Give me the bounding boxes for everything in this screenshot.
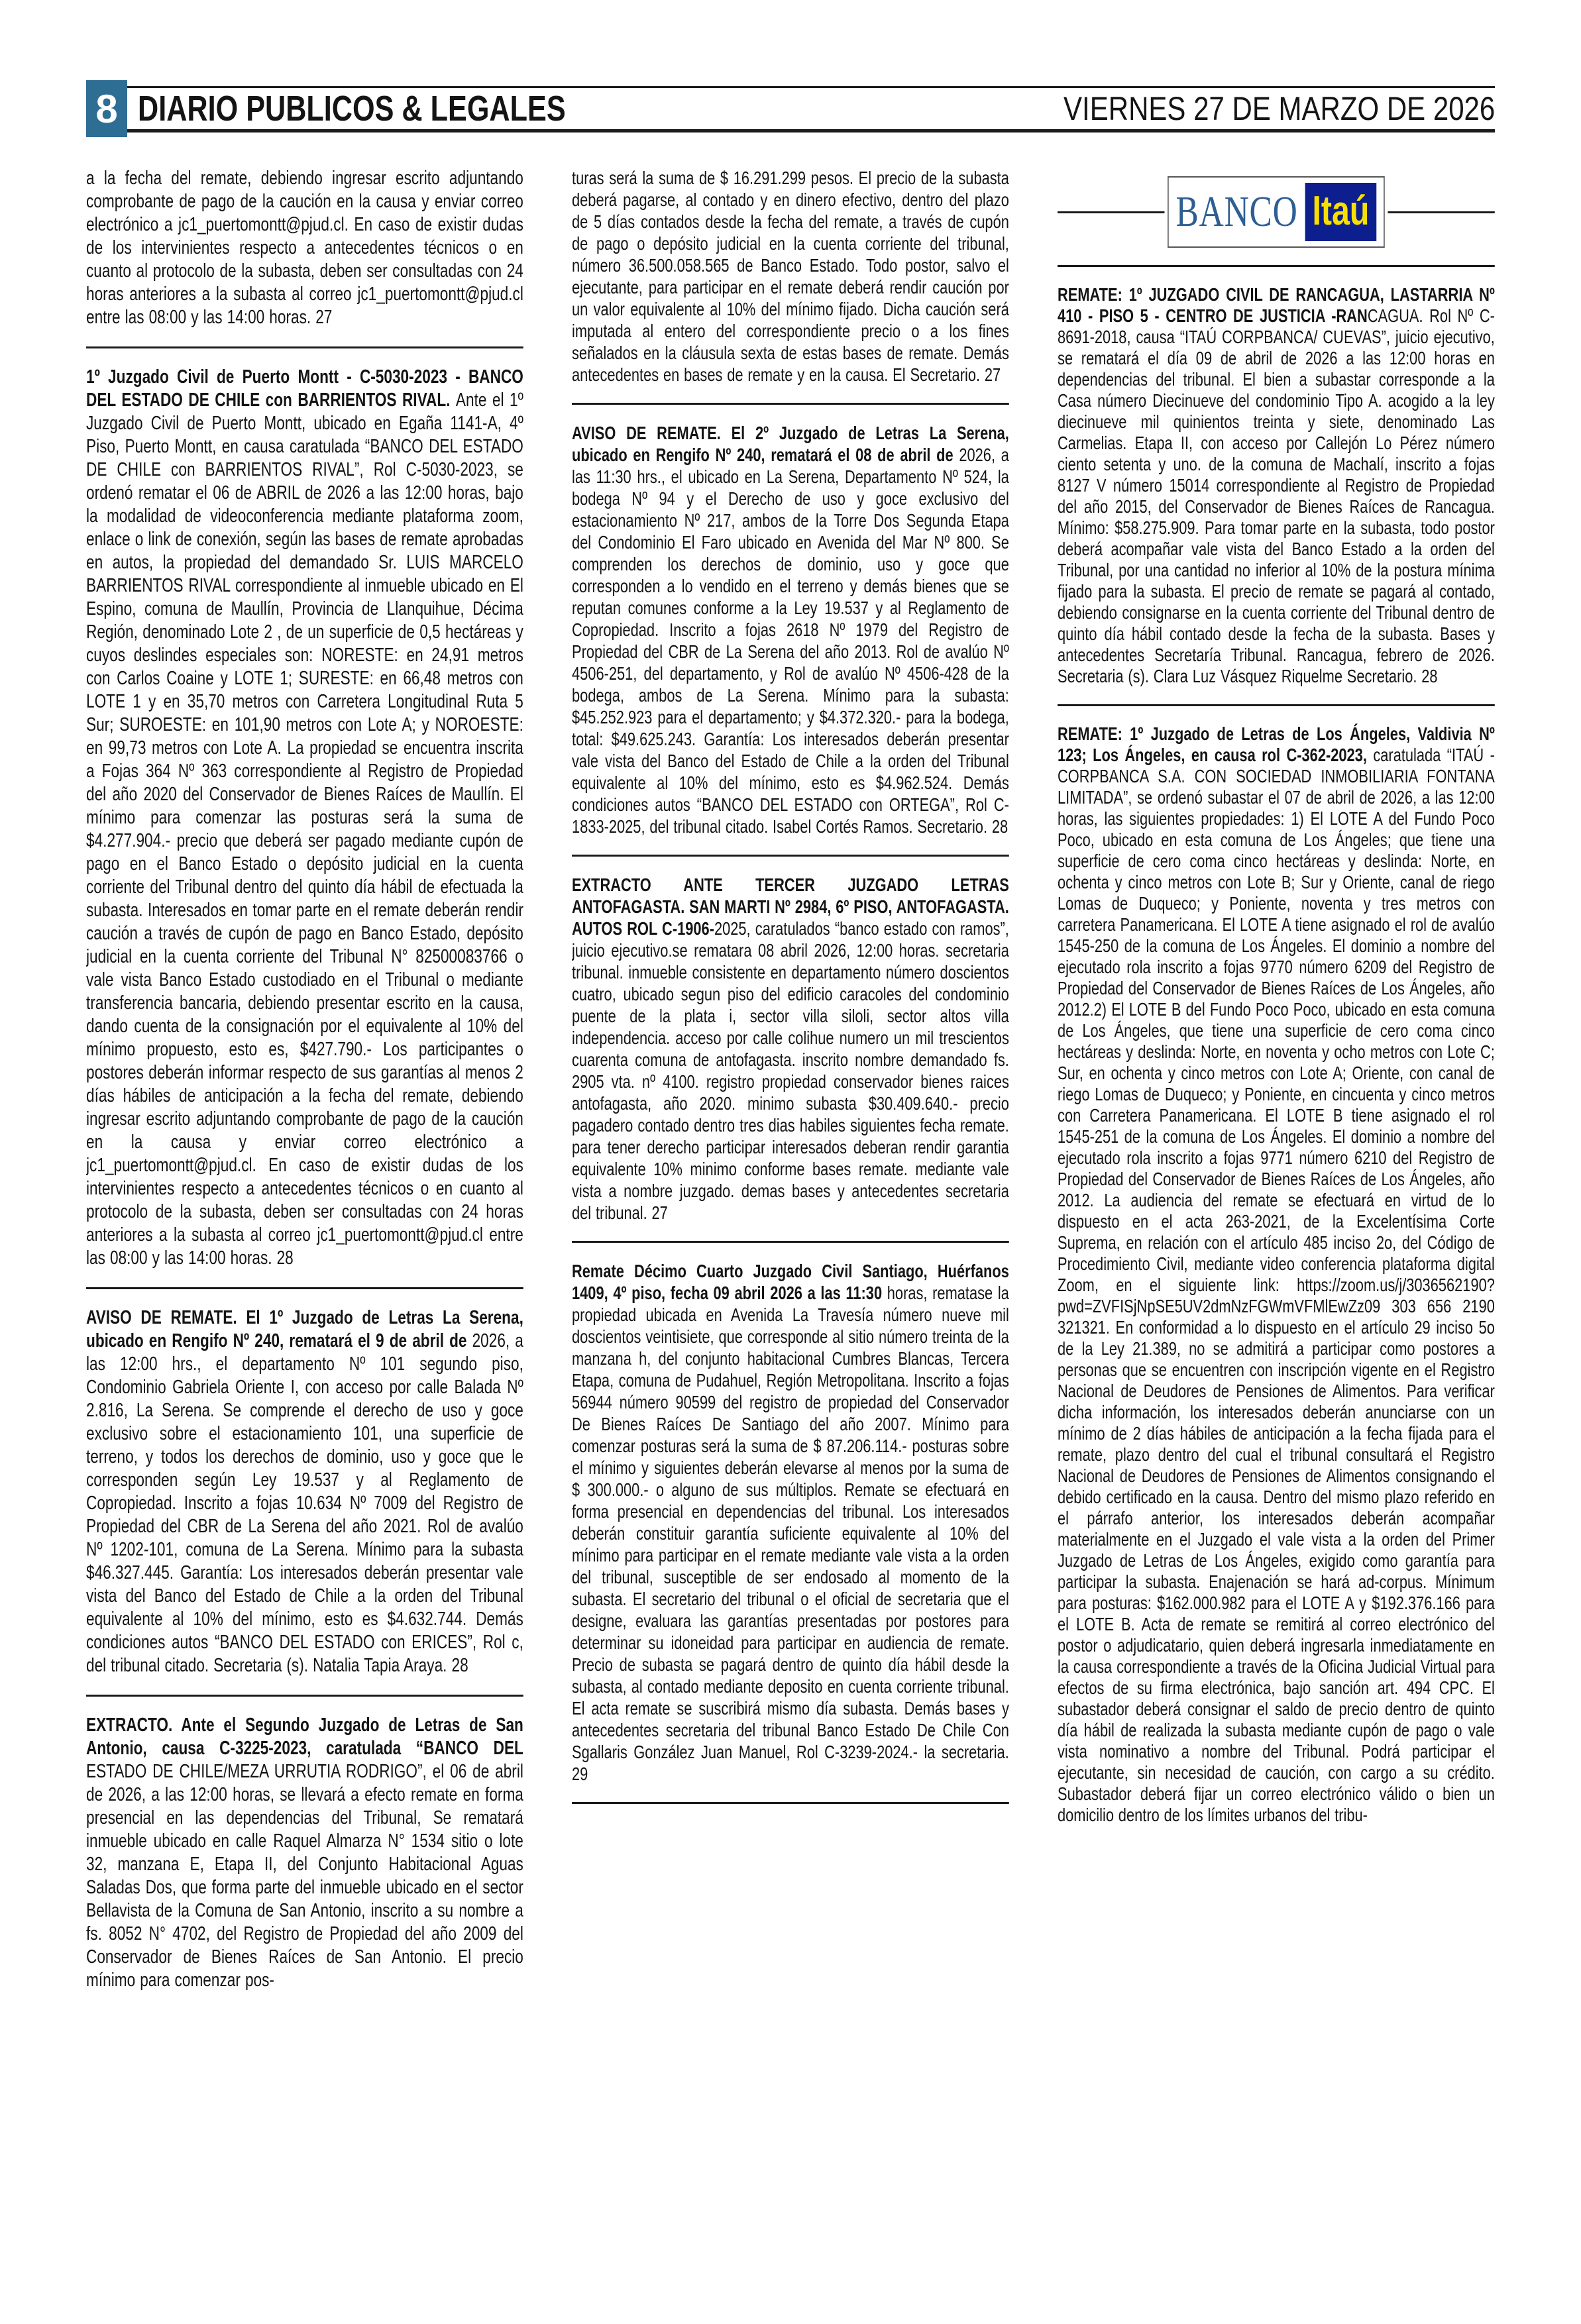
notice-body-text: caratulada “ITAÚ - CORPBANCA S.A. CON SO… — [1058, 745, 1495, 1825]
legal-notice: EXTRACTO. Ante el Segundo Juzgado de Let… — [86, 1714, 523, 1992]
notice-separator — [572, 403, 1009, 405]
notice-separator — [1058, 704, 1495, 706]
legal-notice: a la fecha del remate, debiendo ingresar… — [86, 167, 523, 329]
legal-notice: 1º Juzgado Civil de Puerto Montt - C-503… — [86, 366, 523, 1270]
notice-separator — [86, 346, 523, 348]
notice-body-text: 2026, a las 11:30 hrs., el ubicado en La… — [572, 445, 1009, 837]
legal-notice: turas será la suma de $ 16.291.299 pesos… — [572, 167, 1009, 386]
legal-notice: REMATE: 1º JUZGADO CIVIL DE RANCAGUA, LA… — [1058, 284, 1495, 687]
notice-body-text: Ante el 1º Juzgado Civil de Puerto Montt… — [86, 390, 523, 1269]
notice-separator — [1058, 265, 1495, 267]
logo-left-rule — [1058, 211, 1164, 213]
banco-logo-text: BANCO — [1176, 190, 1298, 234]
notice-separator — [572, 1241, 1009, 1243]
page-number-badge: 8 — [86, 80, 127, 137]
legal-notice: REMATE: 1º Juzgado de Letras de Los Ánge… — [1058, 723, 1495, 1826]
notice-body-text: CAGUA. Rol Nº C-8691-2018, causa “ITAÚ C… — [1058, 305, 1495, 686]
column-3: BANCO Itaú REMATE: 1º JUZGADO CIVIL DE R… — [1058, 167, 1495, 2301]
notice-body-text: 2025, caratulados “banco estado con ramo… — [572, 918, 1009, 1223]
logo-right-rule — [1388, 211, 1495, 213]
newspaper-page: 8 DIARIO PUBLICOS & LEGALES VIERNES 27 D… — [0, 0, 1581, 2324]
newspaper-title: DIARIO PUBLICOS & LEGALES — [138, 88, 566, 129]
column-2: turas será la suma de $ 16.291.299 pesos… — [572, 167, 1009, 2301]
edition-date: VIERNES 27 DE MARZO DE 2026 — [1063, 89, 1495, 128]
notice-separator — [572, 1802, 1009, 1804]
notice-body-text: ESTADO DE CHILE/MEZA URRUTIA RODRIGO”, e… — [86, 1761, 523, 1991]
notice-body-text: 2026, a las 12:00 hrs., el departamento … — [86, 1330, 523, 1676]
notice-heading-text: AVISO DE REMATE. El 1º Juzgado de Letras… — [86, 1307, 523, 1351]
column-1: a la fecha del remate, debiendo ingresar… — [86, 167, 523, 2301]
notice-separator — [572, 855, 1009, 857]
legal-notice: EXTRACTO ANTE TERCER JUZGADO LETRAS ANTO… — [572, 874, 1009, 1224]
notice-body-text: turas será la suma de $ 16.291.299 pesos… — [572, 168, 1009, 385]
legal-notice: Remate Décimo Cuarto Juzgado Civil Santi… — [572, 1260, 1009, 1785]
masthead: 8 DIARIO PUBLICOS & LEGALES VIERNES 27 D… — [86, 86, 1495, 132]
notice-heading-text: AVISO DE REMATE. El 2º Juzgado de Letras… — [572, 423, 1009, 465]
banco-itau-logo: BANCO Itaú — [1058, 176, 1495, 248]
notice-separator — [86, 1695, 523, 1697]
notice-separator — [86, 1287, 523, 1289]
notice-body-text: horas, rematase la propiedad ubicada en … — [572, 1283, 1009, 1784]
notice-heading-text: EXTRACTO. Ante el Segundo Juzgado de Let… — [86, 1715, 523, 1759]
itau-logo-text: Itaú — [1305, 183, 1377, 241]
notice-body-text: a la fecha del remate, debiendo ingresar… — [86, 168, 523, 328]
legal-notice: AVISO DE REMATE. El 2º Juzgado de Letras… — [572, 422, 1009, 837]
legal-notice: AVISO DE REMATE. El 1º Juzgado de Letras… — [86, 1306, 523, 1677]
banco-itau-logo-box: BANCO Itaú — [1168, 176, 1385, 248]
